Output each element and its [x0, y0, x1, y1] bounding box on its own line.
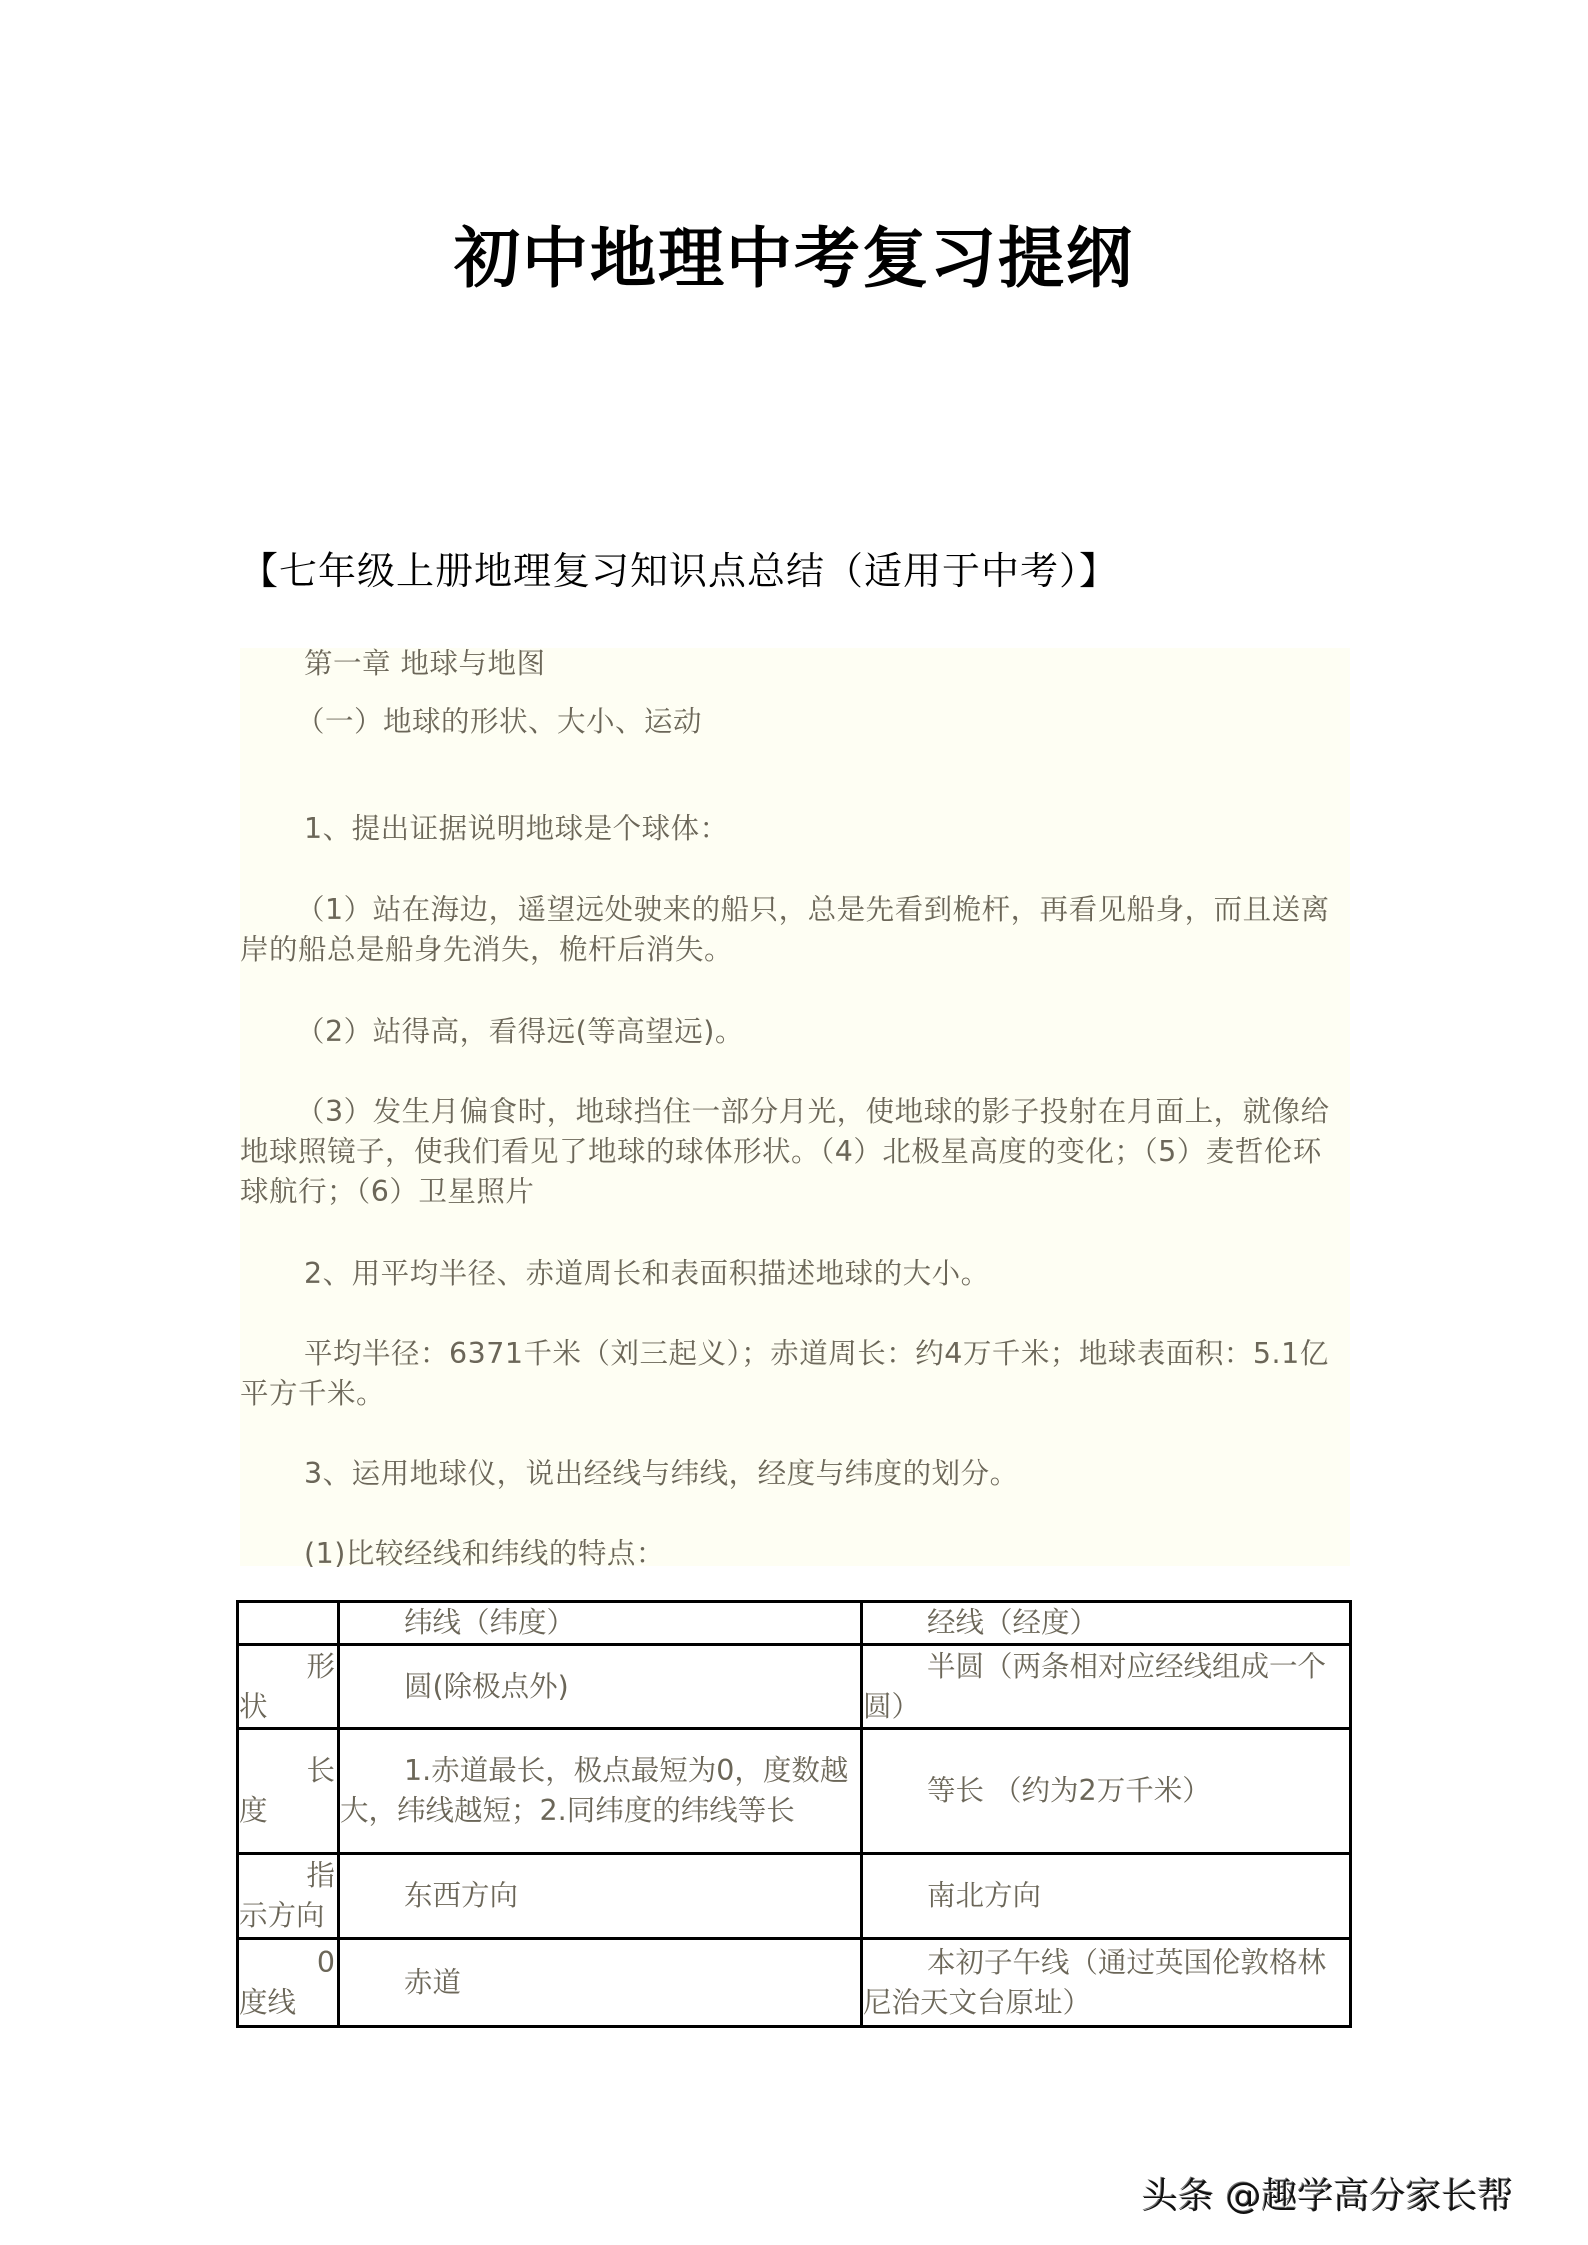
evidence-1-text: （1）站在海边，遥望远处驶来的船只，总是先看到桅杆，再看见船身，而且送离岸的船总… [240, 893, 1330, 966]
latitude-cell-text: 赤道 [404, 1966, 461, 1999]
longitude-cell-text: 本初子午线（通过英国伦敦格林尼治天文台原址） [863, 1946, 1326, 2019]
row-label: 0度线 [238, 1939, 339, 2027]
point-3-text: 3、运用地球仪，说出经线与纬线，经度与纬度的划分。 [304, 1457, 1019, 1490]
point-2: 2、用平均半径、赤道周长和表面积描述地球的大小。 [240, 1254, 1350, 1294]
compare-heading-text: (1)比较经线和纬线的特点： [304, 1537, 665, 1570]
compare-heading: (1)比较经线和纬线的特点： [240, 1534, 1350, 1574]
point-2-text: 2、用平均半径、赤道周长和表面积描述地球的大小。 [304, 1257, 990, 1290]
latitude-cell-text: 东西方向 [404, 1879, 518, 1912]
row-label-bottom: 度 [239, 1794, 268, 1827]
point-3: 3、运用地球仪，说出经线与纬线，经度与纬度的划分。 [240, 1454, 1350, 1494]
table-header-row: 纬线（纬度） 经线（经度） [238, 1602, 1351, 1645]
subsection-heading-text: （一）地球的形状、大小、运动 [296, 705, 702, 738]
longitude-cell-text: 等长 （约为2万千米） [927, 1774, 1211, 1807]
longitude-cell: 半圆（两条相对应经线组成一个圆） [862, 1645, 1351, 1729]
latitude-longitude-table: 纬线（纬度） 经线（经度） 形状 圆(除极点外) 半圆（两条相对应经线组成一个圆… [236, 1600, 1352, 2028]
evidence-3-text: （3）发生月偏食时，地球挡住一部分月光，使地球的影子投射在月面上，就像给地球照镜… [240, 1095, 1330, 1208]
chapter-heading-text: 第一章 地球与地图 [304, 647, 546, 680]
earth-size-text: 平均半径：6371千米（刘三起义）；赤道周长：约4万千米；地球表面积：5.1亿平… [240, 1337, 1329, 1410]
longitude-cell-text: 南北方向 [927, 1879, 1041, 1912]
point-1-text: 1、提出证据说明地球是个球体： [304, 812, 729, 845]
row-label-top: 0 [239, 1943, 337, 1983]
subsection-heading: （一）地球的形状、大小、运动 [240, 702, 1350, 742]
table-row: 长度 1.赤道最长，极点最短为0，度数越大，纬线越短；2.同纬度的纬线等长 等长… [238, 1729, 1351, 1854]
evidence-3: （3）发生月偏食时，地球挡住一部分月光，使地球的影子投射在月面上，就像给地球照镜… [240, 1092, 1350, 1212]
table-header-latitude: 纬线（纬度） [339, 1602, 862, 1645]
header-latitude-text: 纬线（纬度） [404, 1606, 575, 1639]
longitude-cell: 本初子午线（通过英国伦敦格林尼治天文台原址） [862, 1939, 1351, 2027]
latitude-cell: 赤道 [339, 1939, 862, 2027]
row-label-bottom: 度线 [239, 1986, 296, 2019]
row-label-bottom: 示方向 [239, 1899, 325, 1932]
table-row: 0度线 赤道 本初子午线（通过英国伦敦格林尼治天文台原址） [238, 1939, 1351, 2027]
row-label: 长度 [238, 1729, 339, 1854]
table-header-longitude: 经线（经度） [862, 1602, 1351, 1645]
table-header-corner [238, 1602, 339, 1645]
longitude-cell: 南北方向 [862, 1854, 1351, 1939]
longitude-cell: 等长 （约为2万千米） [862, 1729, 1351, 1854]
longitude-cell-text: 半圆（两条相对应经线组成一个圆） [863, 1650, 1326, 1723]
table-row: 形状 圆(除极点外) 半圆（两条相对应经线组成一个圆） [238, 1645, 1351, 1729]
chapter-heading: 第一章 地球与地图 [240, 644, 1350, 684]
row-label: 指示方向 [238, 1854, 339, 1939]
point-1: 1、提出证据说明地球是个球体： [240, 809, 1350, 849]
row-label-top: 指 [239, 1856, 337, 1896]
evidence-2: （2）站得高，看得远(等高望远)。 [240, 1012, 1350, 1052]
document-title: 初中地理中考复习提纲 [0, 205, 1588, 300]
row-label-top: 形 [239, 1647, 337, 1687]
evidence-1: （1）站在海边，遥望远处驶来的船只，总是先看到桅杆，再看见船身，而且送离岸的船总… [240, 890, 1350, 970]
latitude-cell: 1.赤道最长，极点最短为0，度数越大，纬线越短；2.同纬度的纬线等长 [339, 1729, 862, 1854]
latitude-cell: 东西方向 [339, 1854, 862, 1939]
header-longitude-text: 经线（经度） [927, 1606, 1098, 1639]
row-label: 形状 [238, 1645, 339, 1729]
latitude-cell-text: 圆(除极点外) [404, 1670, 569, 1703]
evidence-2-text: （2）站得高，看得远(等高望远)。 [296, 1015, 744, 1048]
section-heading: 【七年级上册地理复习知识点总结（适用于中考）】 [240, 540, 1118, 595]
table-row: 指示方向 东西方向 南北方向 [238, 1854, 1351, 1939]
earth-size: 平均半径：6371千米（刘三起义）；赤道周长：约4万千米；地球表面积：5.1亿平… [240, 1334, 1350, 1414]
latitude-cell: 圆(除极点外) [339, 1645, 862, 1729]
row-label-bottom: 状 [239, 1690, 268, 1723]
latitude-cell-text: 1.赤道最长，极点最短为0，度数越大，纬线越短；2.同纬度的纬线等长 [340, 1754, 848, 1827]
source-watermark: 头条 @趣学高分家长帮 [1142, 2168, 1513, 2219]
row-label-top: 长 [239, 1751, 337, 1791]
